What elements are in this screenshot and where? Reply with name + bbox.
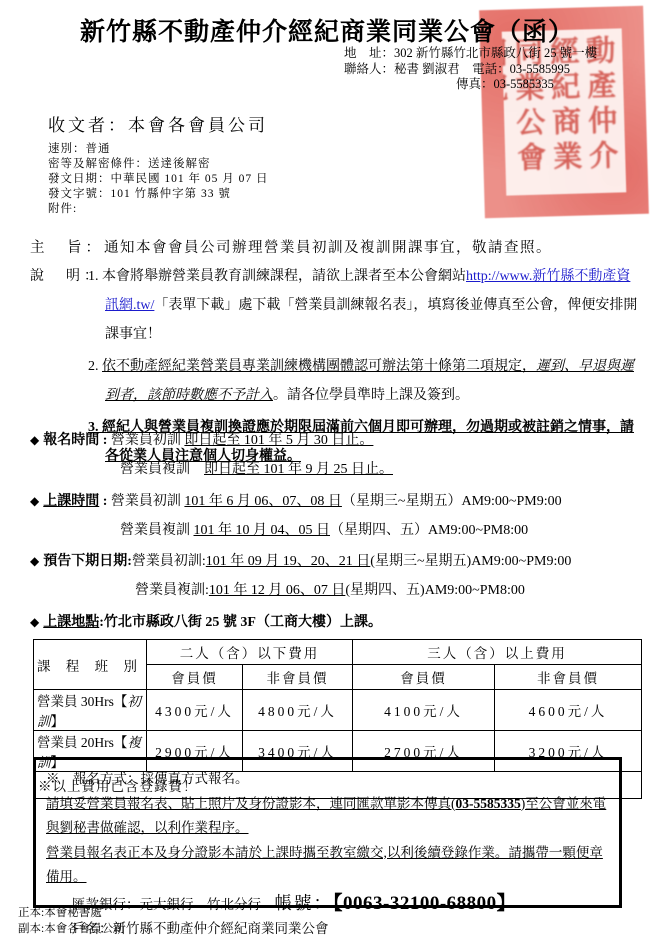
signup-period-row-2: 營業員複訓 即日起至 101 年 9 月 25 日止。 — [30, 455, 655, 485]
association-fax: 傳真：03-5585335 — [344, 77, 597, 93]
attachment-line: 附件: — [48, 202, 269, 217]
item2-number: 2. — [88, 359, 99, 374]
diamond-bullet-icon: ◆ — [30, 433, 39, 447]
class-time-label: 上課時間 — [43, 494, 99, 509]
schedule-section: ◆報名時間 : 營業員初訓 即日起至 101 年 5 月 30 日止。 營業員複… — [30, 425, 655, 637]
association-contact: 聯絡人：秘書 劉淑君 電話：03-5585995 — [344, 62, 597, 78]
course-name-cell: 營業員 30Hrs【初訓】 — [34, 690, 147, 731]
signup-label: 報名時間 — [43, 433, 99, 448]
signup-initial-deadline: 即日起至 101 年 5 月 30 日止。 — [184, 433, 373, 448]
nonmember-price-header: 非會員價 — [243, 665, 353, 690]
registration-info-box: ※ 報名方式：採傳真方式報名。 請填妥營業員報名表、貼上照片及身份證影本，連同匯… — [33, 757, 622, 908]
item2-rule-text: 依不動產經紀業營業員專業訓練機構團體認可辦法第十條第二項規定， — [102, 359, 536, 374]
class-time-row-2: 營業員複訓 101 年 10 月 04、05 日（星期四、五）AM9:00~PM… — [30, 516, 655, 546]
subject-line: 主 旨：通知本會會員公司辦理營業員初訓及複訓開課事宜，敬請查照。 — [30, 236, 640, 257]
class-retrain-hours: （星期四、五）AM9:00~PM8:00 — [330, 523, 528, 538]
nonmember-price-header: 非會員價 — [495, 665, 642, 690]
submit-originals-line: 營業員報名表正本及身分證影本請於上課時攜至教室繳交,以利後續登錄作業。請攜帶一顆… — [46, 841, 609, 890]
diamond-bullet-icon: ◆ — [30, 494, 39, 508]
next-term-row-1: ◆預告下期日期:營業員初訓:101 年 09 月 19、20、21 日(星期三~… — [30, 546, 655, 576]
course-name-prefix: 營業員 20Hrs【 — [37, 735, 127, 750]
item2-text-post: 。請各位學員準時上課及簽到。 — [273, 388, 469, 403]
diamond-bullet-icon: ◆ — [30, 554, 39, 568]
registration-method-line: ※ 報名方式：採傳真方式報名。 — [46, 767, 609, 792]
fee-group-header-three-or-more: 三人（含）以上費用 — [353, 640, 642, 665]
class-initial-dates: 101 年 6 月 06、07、08 日 — [184, 494, 342, 509]
account-label: 帳號： — [275, 893, 334, 913]
fee-table-corner-header: 課 程 班 別 — [34, 640, 147, 690]
course-name-suffix: 】 — [51, 714, 65, 729]
recipient-line: 收文者：本會各會員公司 — [48, 111, 268, 136]
member-price-header: 會員價 — [147, 665, 243, 690]
member-price-header: 會員價 — [353, 665, 495, 690]
item1-text-pre: 本會將舉辦營業員教育訓練課程，請欲上課者至本公會網站 — [102, 269, 466, 284]
signup-colon: : — [99, 433, 111, 448]
issue-date-line: 發文日期：中華民國 101 年 05 月 07 日 — [48, 172, 269, 187]
next-term-label: 預告下期日期 — [43, 554, 127, 569]
price-cell: 4800元/人 — [243, 690, 353, 731]
priority-line: 速別：普通 — [48, 142, 269, 157]
item1-text-post: 「表單下載」處下載「營業員訓練報名表」，填寫後並傳真至公會，俾便安排開課事宜！ — [105, 298, 637, 342]
subject-label: 主 旨： — [30, 240, 104, 256]
next-retrain-dates: 101 年 12 月 06、07 日 — [209, 583, 346, 598]
location-label: 上課地點 — [43, 615, 99, 630]
next-retrain-prefix: 營業員複訓: — [135, 583, 209, 598]
subject-text: 通知本會會員公司辦理營業員初訓及複訓開課事宜，敬請查照。 — [104, 240, 552, 256]
signup-retrain-deadline: 即日起至 101 年 9 月 25 日止。 — [204, 462, 393, 477]
diamond-bullet-icon: ◆ — [30, 615, 39, 629]
fax-instructions-paragraph: 請填妥營業員報名表、貼上照片及身份證影本，連同匯款單影本傳真(03-558533… — [46, 792, 609, 841]
document-meta-block: 速別：普通 密等及解密條件：送達後解密 發文日期：中華民國 101 年 05 月… — [48, 142, 269, 217]
class-initial-prefix: 營業員初訓 — [111, 494, 185, 509]
class-retrain-prefix: 營業員複訓 — [120, 523, 194, 538]
official-letter-page: 新竹縣不動產仲介經紀商業同業公會（函） 地 址：302 新竹縣竹北市縣政八街 2… — [0, 0, 658, 945]
explanation-item-2: 2. 依不動產經紀業營業員專業訓練機構團體認可辦法第十條第二項規定，遲到、早退與… — [88, 352, 642, 410]
original-copy-line: 正本:本會秘書處 — [18, 906, 125, 922]
location-text: :竹北市縣政八街 25 號 3F（工商大樓）上課。 — [99, 615, 382, 630]
signup-period-row-1: ◆報名時間 : 營業員初訓 即日起至 101 年 5 月 30 日止。 — [30, 425, 655, 455]
next-term-row-2: 營業員複訓:101 年 12 月 06、07 日(星期四、五)AM9:00~PM… — [30, 576, 655, 606]
next-initial-dates: 101 年 09 月 19、20、21 日 — [206, 554, 371, 569]
distribution-footer: 正本:本會秘書處 副本:本會各會員公司 — [18, 906, 125, 937]
reference-number-line: 發文字號：101 竹縣仲字第 33 號 — [48, 187, 269, 202]
explanation-item-1: 1. 本會將舉辦營業員教育訓練課程，請欲上課者至本公會網站http://www.… — [88, 262, 642, 349]
class-initial-hours: （星期三~星期五）AM9:00~PM9:00 — [342, 494, 562, 509]
price-cell: 4300元/人 — [147, 690, 243, 731]
course-name-prefix: 營業員 30Hrs【 — [37, 694, 127, 709]
letterhead-contact-block: 地 址：302 新竹縣竹北市縣政八街 25 號一樓 聯絡人：秘書 劉淑君 電話：… — [344, 46, 597, 93]
document-title: 新竹縣不動產仲介經紀商業同業公會（函） — [80, 12, 550, 48]
price-cell: 4600元/人 — [495, 690, 642, 731]
explanation-label: 說 明： — [30, 262, 102, 291]
signup-initial-prefix: 營業員初訓 — [111, 433, 185, 448]
security-line: 密等及解密條件：送達後解密 — [48, 157, 269, 172]
fax-instructions-pre: 請填妥營業員報名表、貼上照片及身份證影本，連同匯款單影本傳真( — [46, 796, 456, 811]
signup-retrain-prefix: 營業員複訓 — [120, 462, 204, 477]
next-initial-hours: (星期三~星期五)AM9:00~PM9:00 — [370, 554, 571, 569]
account-number: 【0063-32100-68800】 — [333, 893, 516, 914]
bank-transfer-line: 匯款銀行：元大銀行 竹北分行 帳號：【0063-32100-68800】 — [46, 891, 609, 918]
association-address: 地 址：302 新竹縣竹北市縣政八街 25 號一樓 — [344, 46, 597, 62]
duplicate-copy-line: 副本:本會各會員公司 — [18, 922, 125, 938]
fee-group-header-two-or-less: 二人（含）以下費用 — [147, 640, 353, 665]
next-initial-prefix: 營業員初訓: — [132, 554, 206, 569]
price-cell: 4100元/人 — [353, 690, 495, 731]
class-time-row-1: ◆上課時間 : 營業員初訓 101 年 6 月 06、07、08 日（星期三~星… — [30, 486, 655, 516]
class-retrain-dates: 101 年 10 月 04、05 日 — [194, 523, 331, 538]
fax-number: 03-5585335 — [456, 796, 521, 811]
table-row: 營業員 30Hrs【初訓】 4300元/人 4800元/人 4100元/人 46… — [34, 690, 642, 731]
location-row: ◆上課地點:竹北市縣政八街 25 號 3F（工商大樓）上課。 — [30, 607, 655, 637]
next-retrain-hours: (星期四、五)AM9:00~PM8:00 — [345, 583, 524, 598]
account-holder-line: 戶名：新竹縣不動產仲介經紀商業同業公會 — [46, 917, 609, 942]
class-time-colon: : — [99, 494, 111, 509]
